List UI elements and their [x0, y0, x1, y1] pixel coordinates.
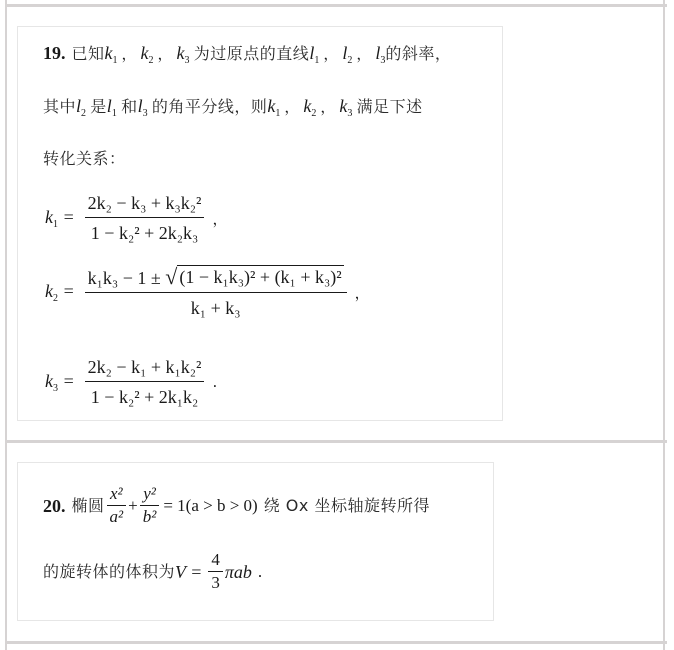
fraction: 2k₂ − k₃ + k₃k₂² 1 − k₂² + 2k₂k₃ — [85, 191, 205, 245]
problem-number: 19. — [43, 43, 66, 63]
fraction-y: y² b² — [140, 483, 160, 528]
radical-sign-icon: √ — [165, 266, 177, 288]
square-root: √(1 − k₁k₃)² + (k₁ + k₃)² — [165, 265, 343, 288]
formula-k1: k1 = 2k₂ − k₃ + k₃k₂² 1 − k₂² + 2k₂k₃ ， — [45, 191, 227, 245]
problem-19-line-3: 转化关系： — [43, 147, 126, 171]
problem-number: 20. — [43, 494, 66, 518]
problem-20-line-1: 20. 椭圆 x² a² + y² b² = 1(a > b > 0) 绕 Ox… — [43, 483, 430, 528]
problem-19-line-1: 19.已知k1，k2，k3 为过原点的直线l1，l2，l3的斜率， — [43, 41, 451, 73]
fraction-4-3: 4 3 — [208, 549, 223, 594]
fraction: 2k₂ − k₁ + k₁k₂² 1 − k₂² + 2k₁k₂ — [85, 355, 205, 409]
fraction-x: x² a² — [107, 483, 127, 528]
problem-20-card: 20. 椭圆 x² a² + y² b² = 1(a > b > 0) 绕 Ox… — [17, 462, 494, 621]
problem-20-line-2: 的旋转体的体积为 V = 4 3 πab . — [43, 549, 262, 594]
formula-k2: k2 = k₁k₃ − 1 ± √(1 − k₁k₃)² + (k₁ + k₃)… — [45, 265, 370, 320]
section-divider-middle — [5, 440, 667, 443]
formula-k3: k3 = 2k₂ − k₁ + k₁k₂² 1 − k₂² + 2k₁k₂ . — [45, 355, 217, 409]
problem-19-line-2: 其中l2 是l1 和l3 的角平分线，则k1，k2，k3 满足下述 — [43, 94, 423, 126]
problem-19-card: 19.已知k1，k2，k3 为过原点的直线l1，l2，l3的斜率， 其中l2 是… — [17, 26, 503, 421]
fraction: k₁k₃ − 1 ± √(1 − k₁k₃)² + (k₁ + k₃)² k₁ … — [85, 265, 347, 320]
section-divider-bottom — [5, 641, 667, 644]
section-divider-top — [5, 4, 667, 7]
